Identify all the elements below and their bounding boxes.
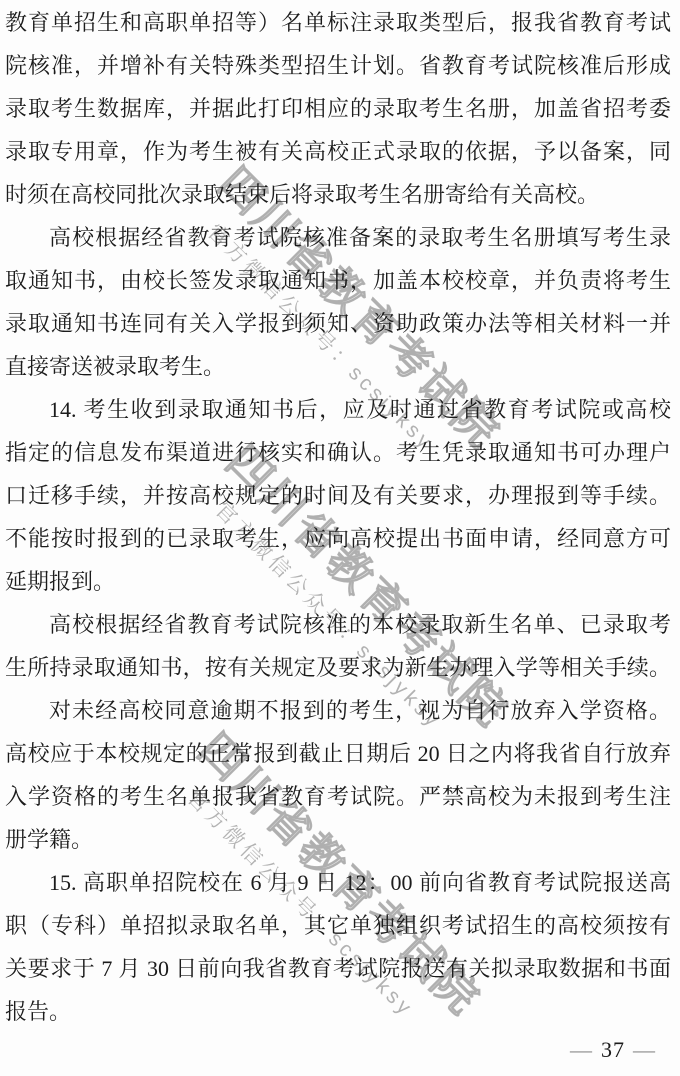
text-line: 职（专科）单招拟录取名单，其它单独组织考试招生的高校须按有: [5, 904, 671, 947]
text-line: 口迁移手续，并按高校规定的时间及有关要求，办理报到等手续。: [5, 474, 671, 517]
text-line: 直接寄送被录取考生。: [5, 345, 671, 388]
text-line: 对未经高校同意逾期不报到的考生，视为自行放弃入学资格。: [5, 689, 671, 732]
text-line: 报告。: [5, 990, 671, 1033]
text-line: 入学资格的考生名单报我省教育考试院。严禁高校为未报到考生注: [5, 775, 671, 818]
page-number: —37—: [562, 1037, 664, 1063]
text-line: 教育单招生和高职单招等）名单标注录取类型后，报我省教育考试: [5, 1, 671, 44]
text-line: 录取通知书连同有关入学报到须知、资助政策办法等相关材料一并: [5, 302, 671, 345]
text-line: 延期报到。: [5, 560, 671, 603]
page-number-dash-left: —: [562, 1037, 601, 1062]
text-line: 不能按时报到的已录取考生，应向高校提出书面申请，经同意方可: [5, 517, 671, 560]
text-line: 院核准，并增补有关特殊类型招生计划。省教育考试院核准后形成: [5, 44, 671, 87]
text-line: 取通知书，由校长签发录取通知书，加盖本校校章，并负责将考生: [5, 259, 671, 302]
text-line: 高校根据经省教育考试院核准的本校录取新生名单、已录取考: [5, 603, 671, 646]
document-body: 教育单招生和高职单招等）名单标注录取类型后，报我省教育考试 院核准，并增补有关特…: [5, 1, 671, 1033]
text-line: 生所持录取通知书，按有关规定及要求为新生办理入学等相关手续。: [5, 646, 671, 689]
text-line: 录取专用章，作为考生被有关高校正式录取的依据，予以备案，同: [5, 130, 671, 173]
page-number-dash-right: —: [625, 1037, 664, 1062]
text-line: 指定的信息发布渠道进行核实和确认。考生凭录取通知书可办理户: [5, 431, 671, 474]
text-line: 录取考生数据库，并据此打印相应的录取考生名册，加盖省招考委: [5, 87, 671, 130]
page-number-value: 37: [601, 1037, 625, 1062]
text-line: 册学籍。: [5, 818, 671, 861]
text-line: 14. 考生收到录取通知书后，应及时通过省教育考试院或高校: [5, 388, 671, 431]
text-line: 高校根据经省教育考试院核准备案的录取考生名册填写考生录: [5, 216, 671, 259]
text-line: 时须在高校同批次录取结束后将录取考生名册寄给有关高校。: [5, 173, 671, 216]
text-line: 关要求于 7 月 30 日前向我省教育考试院报送有关拟录取数据和书面: [5, 947, 671, 990]
text-line: 15. 高职单招院校在 6 月 9 日 12：00 前向省教育考试院报送高: [5, 861, 671, 904]
document-page: 四川省教育考试院 官方微信公众号：scsjyksy 四川省教育考试院 官方微信公…: [0, 0, 680, 1076]
text-line: 高校应于本校规定的正常报到截止日期后 20 日之内将我省自行放弃: [5, 732, 671, 775]
